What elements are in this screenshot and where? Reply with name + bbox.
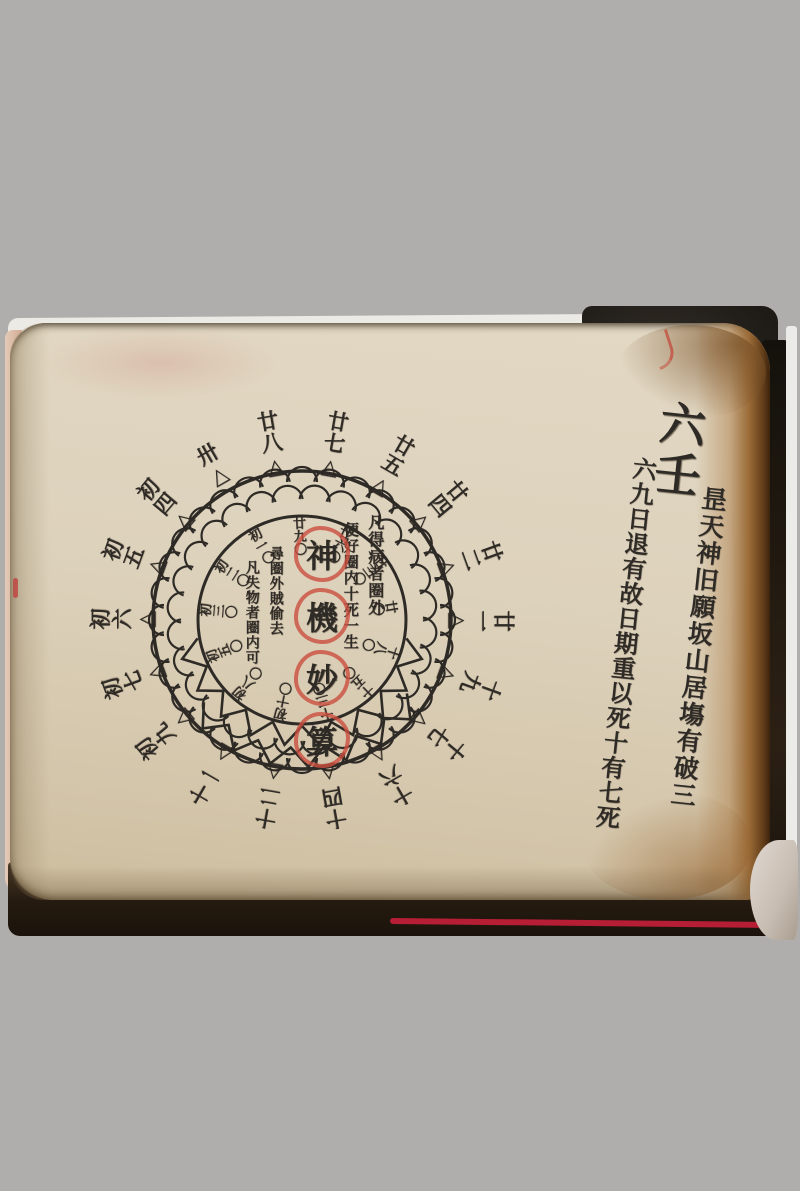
left-edge-shading — [10, 323, 50, 900]
divination-circle-diagram: 初四△初五△初六△初七△初九△十一△十二△十四△十六△十七△十九△廿一△廿二△廿… — [122, 440, 482, 800]
red-brush-mark — [649, 329, 679, 370]
title-character: 算 — [294, 712, 350, 768]
side-text-column-2: 六九日退有故日期重以死十有七死 — [592, 455, 656, 831]
title-character: 妙 — [294, 650, 350, 706]
center-text-sickness: 凡得病者圈外 — [366, 514, 383, 616]
diagram-center: 凡得病者圈外 便好圈内十死一生 神機妙算 尋圈外賊偷去 凡失物者圈内可 — [238, 510, 402, 776]
red-edge-mark — [13, 578, 18, 598]
center-text-lost-items-2: 凡失物者圈内可 — [244, 560, 259, 665]
red-page-edge-line — [390, 918, 782, 928]
inner-ring-token: 初三〇 — [198, 602, 238, 624]
side-text-column-1: 昰天神旧願坂山居塲有破三 — [667, 485, 727, 810]
finger — [750, 840, 798, 940]
pink-stain — [40, 327, 280, 399]
photograph: 初四△初五△初六△初七△初九△十一△十二△十四△十六△十七△十九△廿一△廿二△廿… — [0, 0, 800, 1191]
title-character: 機 — [294, 588, 350, 644]
manuscript-page: 初四△初五△初六△初七△初九△十一△十二△十四△十六△十七△十九△廿一△廿二△廿… — [10, 323, 770, 900]
diagram-title: 神機妙算 — [294, 520, 346, 774]
title-character: 神 — [294, 526, 350, 582]
center-text-lost-items: 尋圈外賊偷去 — [268, 546, 283, 636]
side-annotation: 六壬 昰天神旧願坂山居塲有破三 六九日退有故日期重以死十有七死 — [538, 385, 787, 885]
